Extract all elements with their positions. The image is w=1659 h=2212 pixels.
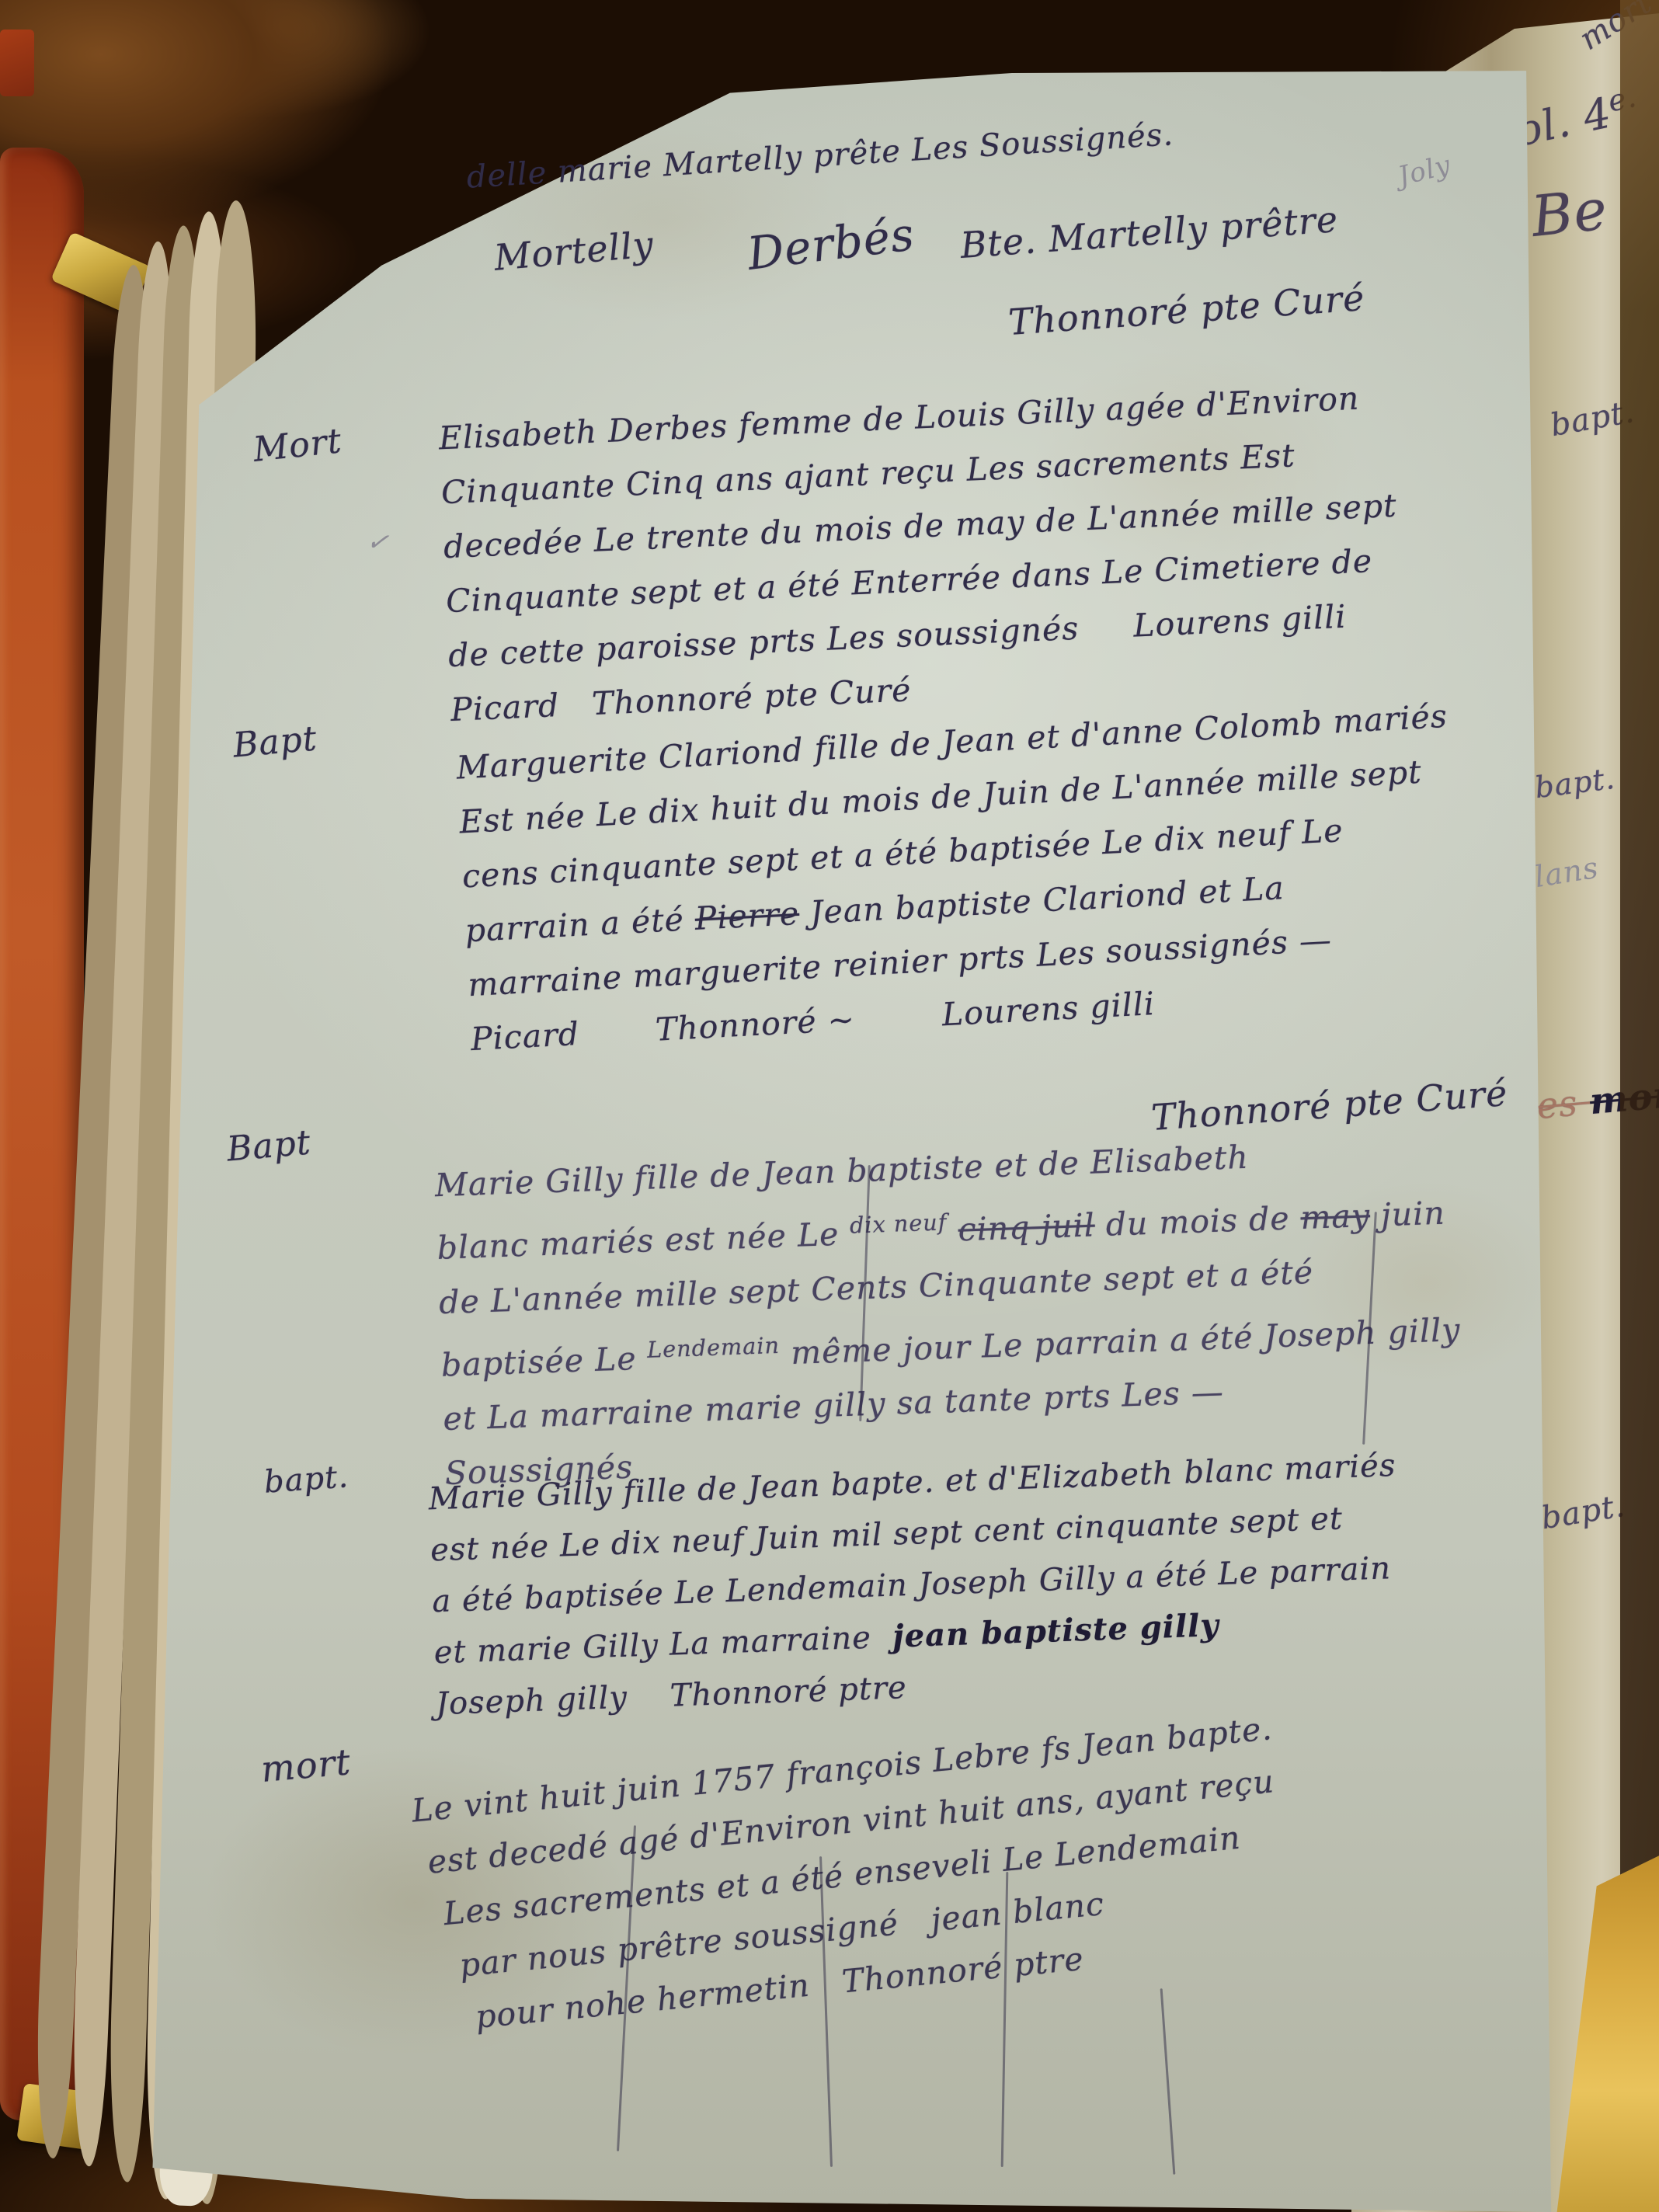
margin-label-bapt-2: Bapt — [225, 1122, 312, 1169]
book-spine-leather — [0, 148, 84, 2120]
book-photo: mort fol. 4e. Be bapt. bapt. Miollans an… — [0, 0, 1659, 2212]
entry-body-bapt-3: Marie Gilly fille de Jean bapte. et d'El… — [428, 1435, 1563, 1730]
entry-body-mort-1: Elisabeth Derbes femme de Louis Gilly ag… — [438, 363, 1562, 737]
margin-label-bapt-1: Bapt — [231, 718, 318, 765]
entry-body-bapt-1: Marguerite Clariond fille de Jean et d'a… — [455, 683, 1581, 1066]
margin-label-bapt-3: bapt. — [263, 1459, 350, 1500]
gold-corner-fitting-bottom — [16, 2083, 95, 2150]
margin-label-mort-2: mort — [259, 1741, 353, 1790]
margin-check-mark: ✓ — [364, 525, 391, 559]
paraph-mark: Be — [1529, 176, 1611, 249]
leather-corner — [0, 30, 34, 96]
